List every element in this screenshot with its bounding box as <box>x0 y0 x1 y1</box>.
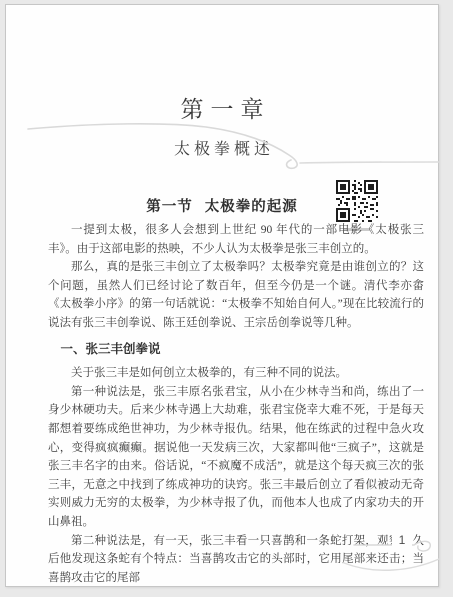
paragraph-5: 第二种说法是，有一天，张三丰看一只喜鹊和一条蛇打架，观察许久后他发现这条蛇有个特… <box>48 532 424 588</box>
section-number: 第一节 <box>146 199 193 215</box>
paragraph-4: 第一种说法是，张三丰原名张君宝，从小在少林寺当和尚，练出了一身少林硬功夫。后来少… <box>48 383 424 532</box>
book-page: 第一章 太极拳概述 第一节太极拳的起源 <box>5 4 439 587</box>
page-number: 1 <box>392 533 412 547</box>
paragraph-2: 那么，真的是张三丰创立了太极拳吗？太极拳究竟是由谁创立的？这个问题，虽然人们已经… <box>48 258 424 332</box>
paragraph-3: 关于张三丰是如何创立太极拳的，有三种不同的说法。 <box>48 364 424 383</box>
body-text: 一提到太极，很多人会想到上世纪 90 年代的一部电影《太极张三丰》。由于这部电影… <box>48 221 424 587</box>
qr-code-icon <box>336 180 378 222</box>
chapter-title: 第一章 <box>6 5 438 124</box>
chapter-subtitle: 太极拳概述 <box>6 124 438 159</box>
section-title-text: 太极拳的起源 <box>205 199 298 215</box>
paragraph-1: 一提到太极，很多人会想到上世纪 90 年代的一部电影《太极张三丰》。由于这部电影… <box>48 221 424 258</box>
section-title: 第一节太极拳的起源 <box>146 199 298 215</box>
subsection-heading: 一、张三丰创拳说 <box>48 340 424 359</box>
